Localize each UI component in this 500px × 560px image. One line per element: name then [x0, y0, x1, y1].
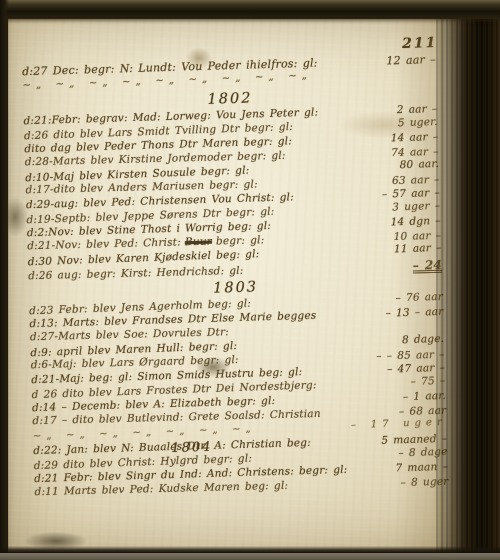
entry-age: – – 85 aar –	[370, 349, 445, 363]
entry-age: 14 dgn –	[384, 215, 440, 229]
paper-page: 211 d:27 Dec: begr: N: Lundt: Vou Peder …	[8, 17, 500, 553]
entry-text: d:21-Nov: blev Ped: Christ:	[27, 236, 181, 252]
struck-word: Buur	[185, 236, 212, 249]
page-edge-top	[0, 0, 500, 19]
entry-age: 14 aar –	[385, 131, 439, 145]
scanned-register-page: 211 d:27 Dec: begr: N: Lundt: Vou Peder …	[0, 0, 500, 560]
page-edge-bottom	[0, 546, 500, 553]
entry-age: – 17 uger	[345, 417, 447, 432]
table-edge-strip	[0, 553, 500, 560]
entry-age: 80 aar.	[393, 158, 439, 172]
entry-text: begr: gl:	[216, 234, 265, 247]
entry-age: 3 uger –	[386, 200, 440, 214]
entry-age: 2 aar –	[391, 103, 438, 116]
entry-age: – 13 – aar	[379, 306, 443, 320]
entry-text: d:26 aug: begr: Kirst: Hendrichsd: gl:	[28, 265, 244, 282]
page-edge-left	[0, 0, 9, 560]
page-number: 211	[402, 35, 438, 52]
handwritten-text-block: 211 d:27 Dec: begr: N: Lundt: Vou Peder …	[21, 35, 448, 501]
entry-age: 5 uger.	[392, 116, 438, 130]
entry-age: 63 aar –	[386, 174, 440, 187]
register-sections: 1802d:21:Febr: begrav: Mad: Lorweg: Vou …	[23, 85, 449, 501]
entry-age: 11 aar –	[388, 242, 442, 256]
binding-shadow	[436, 0, 500, 560]
